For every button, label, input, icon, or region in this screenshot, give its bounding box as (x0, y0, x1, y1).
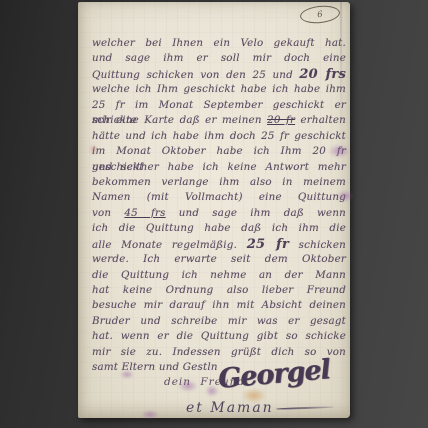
handwritten-text: 20 fr (267, 114, 295, 126)
handwritten-line: und sage ihm er soll mir doch eine (92, 51, 346, 66)
handwritten-text: 20 frs (299, 67, 346, 82)
letter-page: 6 welcher bei Ihnen ein Velo gekauft hat… (78, 2, 350, 418)
handwritten-text: von (92, 207, 124, 219)
handwritten-line: von 45 frs und sage ihm daß wenn (92, 206, 346, 221)
handwritten-text: welcher bei Ihnen ein Velo gekauft hat. (92, 37, 346, 49)
handwritten-text: und seither habe ich keine Antwort mehr (92, 161, 346, 173)
handwritten-text: samt Eltern und Gestln (92, 361, 218, 373)
handwritten-line: und seither habe ich keine Antwort mehr (92, 160, 346, 175)
handwritten-line: werde. Ich erwarte seit dem Oktober (92, 252, 346, 267)
handwritten-line: ich die Quittung habe daß ich ihm die (92, 221, 346, 236)
handwritten-text: hätte und ich habe ihm doch 25 fr geschi… (92, 130, 346, 142)
handwritten-line: hat keine Ordnung also lieber Freund (92, 283, 346, 298)
page-number: 6 (317, 9, 323, 20)
letter-lines: welcher bei Ihnen ein Velo gekauft hat.u… (92, 36, 346, 376)
handwritten-text: bekommen verlange ihm also in meinem (92, 176, 346, 188)
handwritten-line: hätte und ich habe ihm doch 25 fr geschi… (92, 129, 346, 144)
handwritten-text: schicken (289, 239, 346, 251)
handwritten-line: 25 fr im Monat September geschickt er sc… (92, 98, 346, 113)
handwritten-line: welche ich Ihm geschickt habe ich habe i… (92, 82, 346, 97)
handwritten-text: hat. wenn er die Quittung gibt so schick… (92, 330, 346, 342)
handwritten-text: Namen (mit Vollmacht) eine Quittung (92, 191, 346, 203)
photo-background: 6 welcher bei Ihnen ein Velo gekauft hat… (0, 0, 428, 428)
handwritten-line: besuche mir darauf ihn mit Absicht deine… (92, 298, 346, 313)
handwritten-line: mir eine Karte daß er meinen 20 fr erhal… (92, 113, 346, 128)
handwritten-text: besuche mir darauf ihn mit Absicht deine… (92, 299, 346, 311)
handwritten-text: hat keine Ordnung also lieber Freund (92, 284, 346, 296)
handwritten-text: Bruder und schreibe mir was er gesagt (92, 315, 346, 327)
handwritten-line: Namen (mit Vollmacht) eine Quittung (92, 190, 346, 205)
handwritten-text: erhalten (295, 114, 346, 126)
handwritten-text: ich die Quittung habe daß ich ihm die (92, 222, 346, 234)
handwritten-text: 25 fr (247, 237, 289, 252)
postscript-signature: et Maman (186, 400, 334, 416)
handwritten-line: welcher bei Ihnen ein Velo gekauft hat. (92, 36, 346, 51)
handwritten-text: welche ich Ihm geschickt habe ich habe i… (92, 83, 346, 95)
handwritten-line: hat. wenn er die Quittung gibt so schick… (92, 329, 346, 344)
handwritten-line: alle Monate regelmäßig. 25 fr schicken (92, 237, 346, 252)
handwritten-line: die Quittung ich nehme an der Mann (92, 268, 346, 283)
handwritten-text: 45 frs (124, 207, 165, 219)
handwritten-text: und sage ihm daß wenn (166, 207, 346, 219)
handwritten-text: werde. Ich erwarte seit dem Oktober (92, 253, 346, 265)
handwritten-text: alle Monate regelmäßig. (92, 239, 247, 251)
handwritten-line: bekommen verlange ihm also in meinem (92, 175, 346, 190)
handwritten-line: im Monat Oktober habe ich Ihm 20 fr gesc… (92, 144, 346, 159)
handwritten-text: mir eine Karte daß er meinen (92, 114, 267, 126)
handwritten-line: Bruder und schreibe mir was er gesagt (92, 314, 346, 329)
handwritten-line: Quittung schicken von den 25 und 20 frs (92, 67, 346, 82)
handwritten-text: die Quittung ich nehme an der Mann (92, 269, 346, 281)
handwritten-text: Quittung schicken von den 25 und (92, 69, 299, 81)
handwritten-text: und sage ihm er soll mir doch eine (92, 52, 346, 64)
